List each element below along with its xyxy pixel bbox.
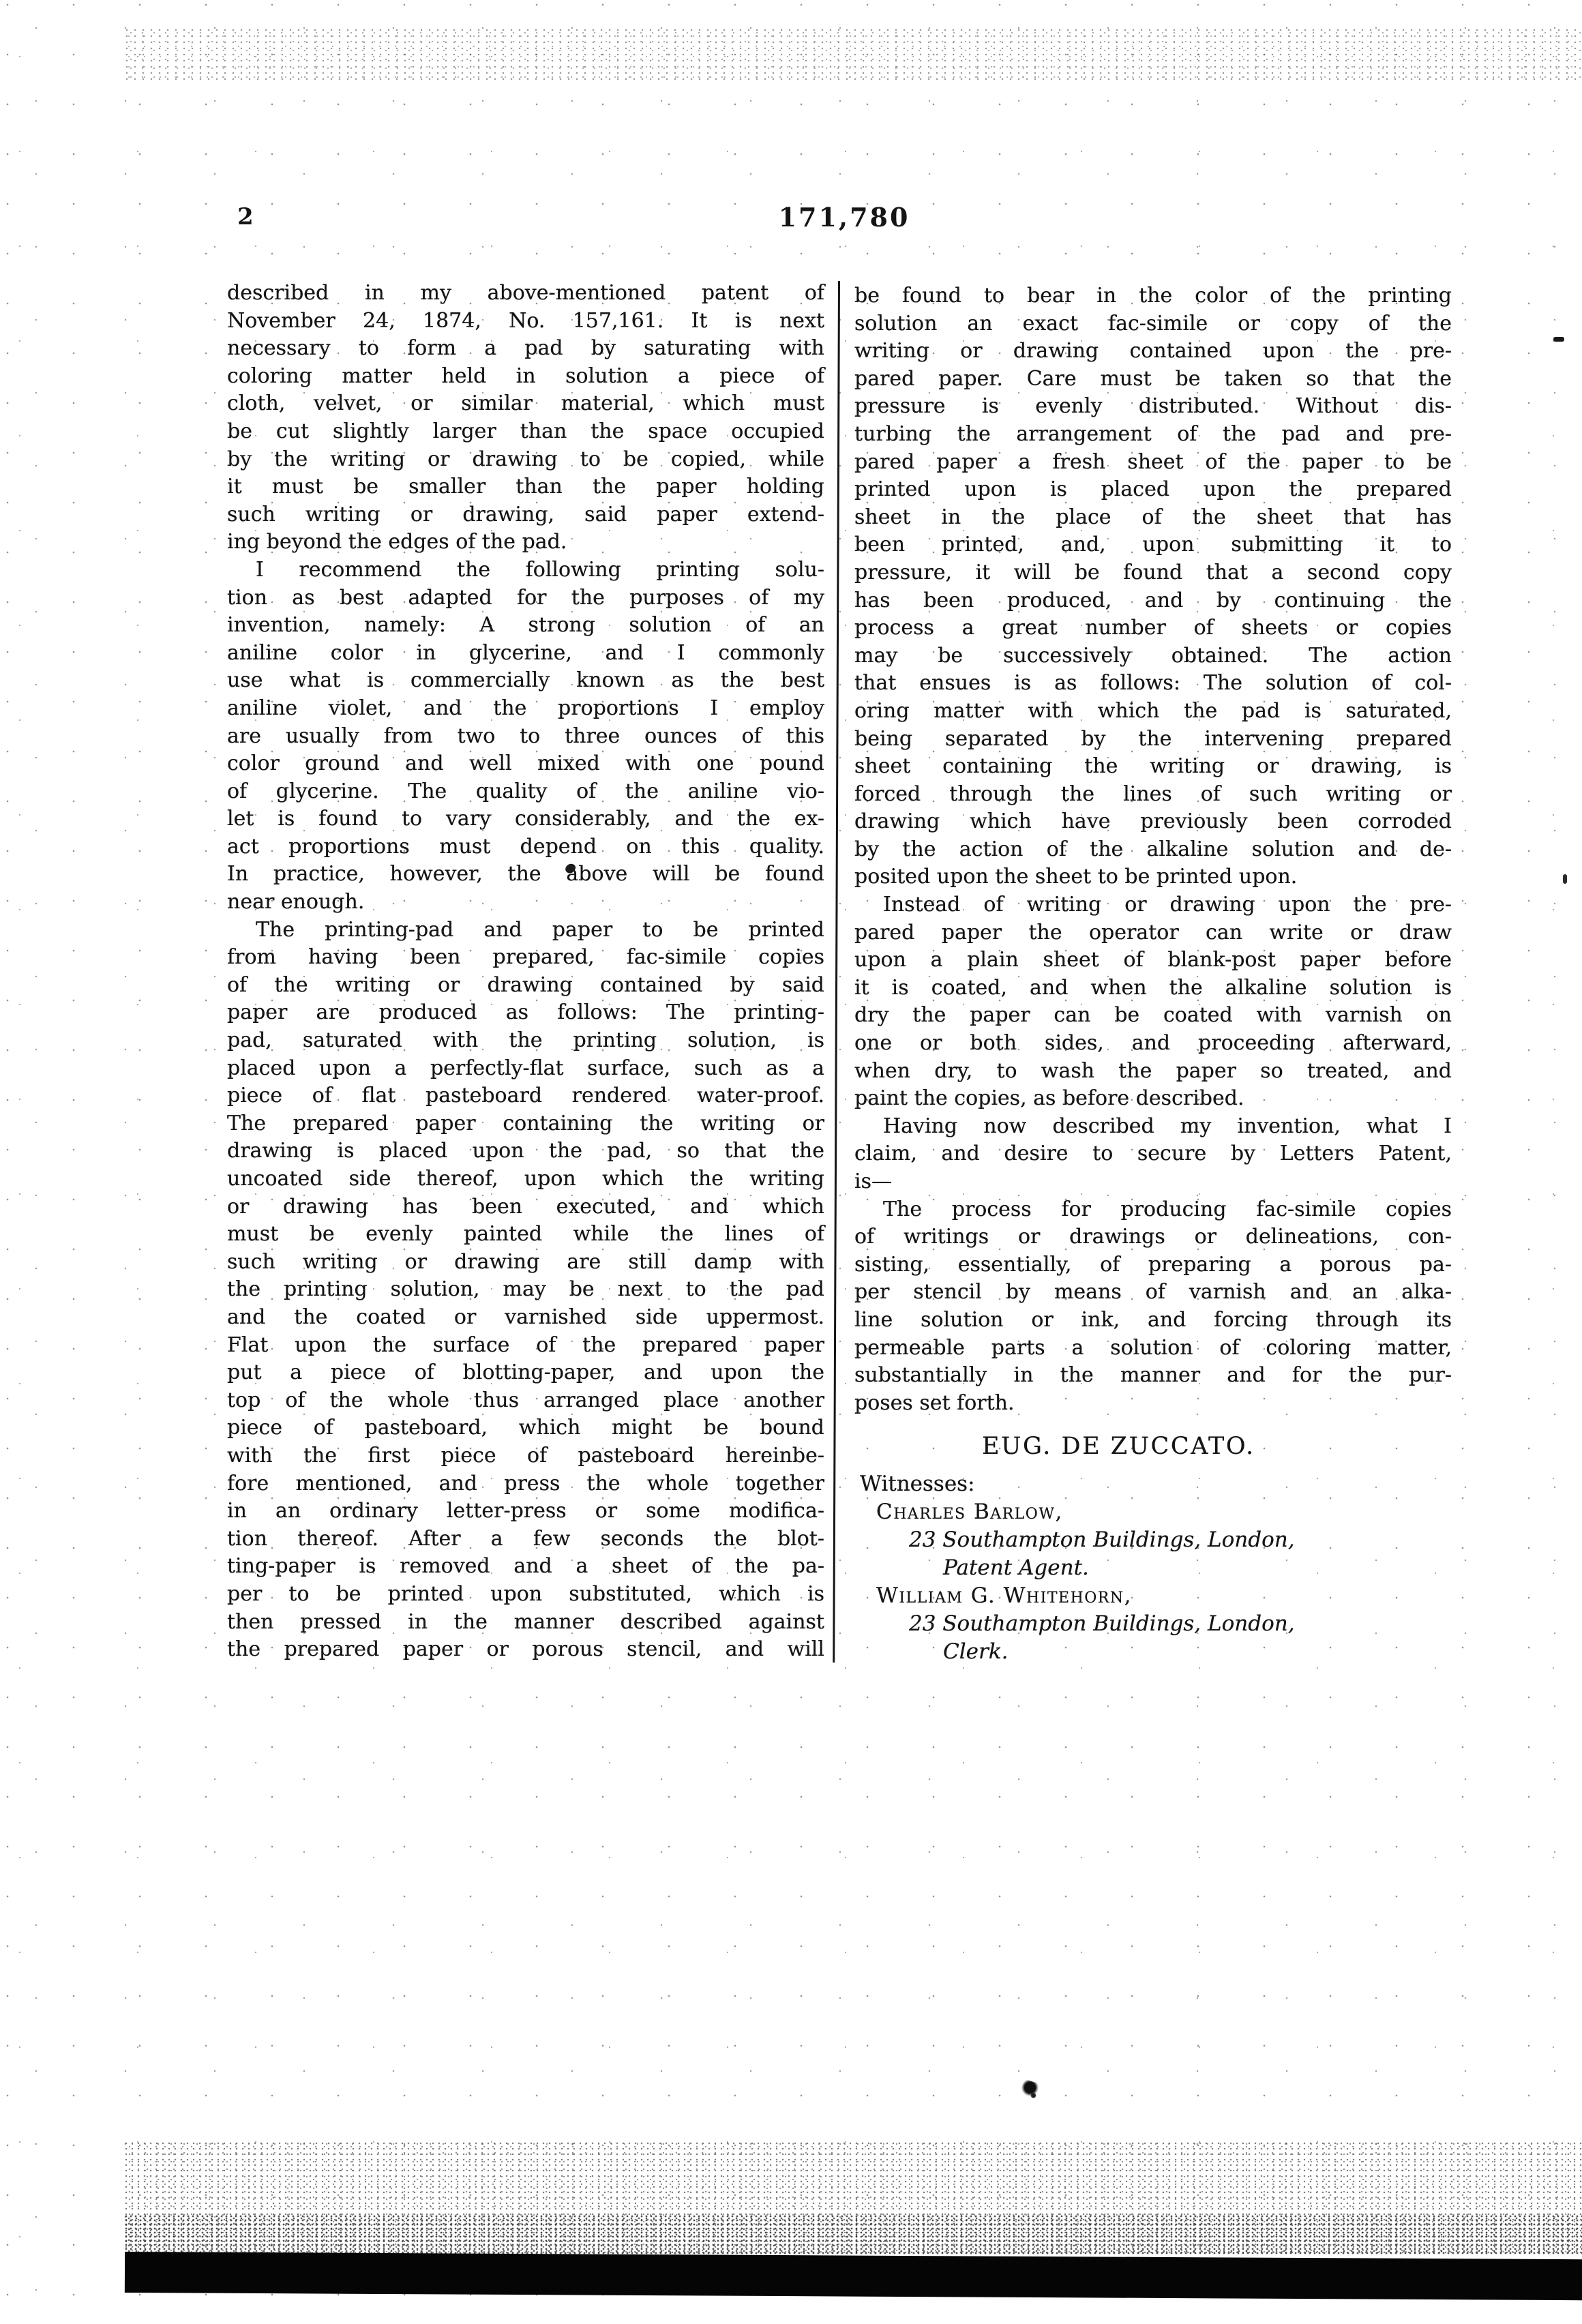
text-line: of glycerine. The quality of the aniline… xyxy=(227,778,824,806)
text-line: it is coated, and when the alkaline solu… xyxy=(854,974,1452,1002)
scan-speck xyxy=(1553,337,1564,342)
witness-name: William G. Whitehorn, xyxy=(854,1582,1452,1610)
text-line: from having been prepared, fac-simile co… xyxy=(227,944,824,972)
text-line: drawing is placed upon the pad, so that … xyxy=(227,1137,824,1165)
patent-number: 171,780 xyxy=(776,202,912,233)
text-line: ing beyond the edges of the pad. xyxy=(227,528,824,556)
text-line: of writings or drawings or delineations,… xyxy=(854,1223,1452,1251)
text-line: near enough. xyxy=(227,889,824,917)
text-line: The prepared paper containing the writin… xyxy=(227,1110,824,1138)
witnesses-list: Charles Barlow,23 Southampton Buildings,… xyxy=(854,1498,1452,1666)
text-line: are usually from two to three ounces of … xyxy=(227,723,824,751)
inventor-signature: EUG. DE ZUCCATO. xyxy=(854,1432,1452,1461)
paragraph: The printing-pad and paper to be printed… xyxy=(227,917,824,1664)
text-line: substantially in the manner and for the … xyxy=(854,1362,1452,1390)
text-line: In practice, however, the above will be … xyxy=(227,861,824,889)
text-line: solution an exact fac-simile or copy of … xyxy=(854,310,1452,338)
text-column-right: be found to bear in the color of the pri… xyxy=(854,282,1452,1666)
text-line: put a piece of blotting-paper, and upon … xyxy=(227,1359,824,1387)
text-line: necessary to form a pad by saturating wi… xyxy=(227,335,824,363)
scan-black-bar xyxy=(125,2252,1582,2300)
text-line: ting-paper is removed and a sheet of the… xyxy=(227,1553,824,1581)
text-line: pressure, it will be found that a second… xyxy=(854,559,1452,587)
text-line: pad, saturated with the printing solutio… xyxy=(227,1027,824,1055)
text-line: top of the whole thus arranged place ano… xyxy=(227,1387,824,1415)
scan-speck xyxy=(1563,874,1567,884)
text-line: by the writing or drawing to be copied, … xyxy=(227,446,824,474)
text-line: when dry, to wash the paper so treated, … xyxy=(854,1058,1452,1086)
patent-page-scan: 2 171,780 described in my above-mentione… xyxy=(0,0,1582,2324)
text-line: act proportions must depend on this qual… xyxy=(227,833,824,861)
text-line: November 24, 1874, No. 157,161. It is ne… xyxy=(227,308,824,336)
text-line: it must be smaller than the paper holdin… xyxy=(227,473,824,501)
text-line: aniline violet, and the proportions I em… xyxy=(227,695,824,723)
paragraph: described in my above-mentioned patent o… xyxy=(227,280,824,556)
text-line: cloth, velvet, or similar material, whic… xyxy=(227,390,824,418)
text-line: piece of flat pasteboard rendered water-… xyxy=(227,1082,824,1110)
text-line: The process for producing fac-simile cop… xyxy=(854,1196,1452,1224)
witness-name: Charles Barlow, xyxy=(854,1498,1452,1526)
text-line: upon a plain sheet of blank-post paper b… xyxy=(854,947,1452,974)
witness-role: Clerk. xyxy=(854,1638,1452,1666)
paragraph: I recommend the following printing solu-… xyxy=(227,556,824,917)
text-line: sisting, essentially, of preparing a por… xyxy=(854,1251,1452,1279)
paragraph: be found to bear in the color of the pri… xyxy=(854,282,1452,891)
text-line: in an ordinary letter-press or some modi… xyxy=(227,1498,824,1525)
text-line: paint the copies, as before described. xyxy=(854,1085,1452,1113)
scan-noise-band-top xyxy=(125,29,1582,80)
text-line: I recommend the following printing solu- xyxy=(227,556,824,584)
text-line: sheet in the place of the sheet that has xyxy=(854,504,1452,532)
scan-noise-band-bottom-dense xyxy=(125,2215,1582,2254)
paragraph: Instead of writing or drawing upon the p… xyxy=(854,891,1452,1113)
text-line: paper are produced as follows: The print… xyxy=(227,999,824,1027)
text-line: and the coated or varnished side uppermo… xyxy=(227,1304,824,1332)
text-line: pared paper. Care must be taken so that … xyxy=(854,366,1452,393)
text-line: process a great number of sheets or copi… xyxy=(854,614,1452,642)
text-line: use what is commercially known as the be… xyxy=(227,667,824,695)
text-line: that ensues is as follows: The solution … xyxy=(854,670,1452,698)
text-line: Flat upon the surface of the prepared pa… xyxy=(227,1332,824,1360)
ink-blot xyxy=(1019,2079,1041,2100)
text-line: placed upon a perfectly-flat surface, su… xyxy=(227,1055,824,1083)
text-line: then pressed in the manner described aga… xyxy=(227,1609,824,1637)
text-line: one or both sides, and proceeding afterw… xyxy=(854,1030,1452,1058)
witness-address: 23 Southampton Buildings, London, xyxy=(854,1610,1452,1638)
text-line: being separated by the intervening prepa… xyxy=(854,726,1452,754)
text-line: dry the paper can be coated with varnish… xyxy=(854,1002,1452,1030)
text-line: pared paper a fresh sheet of the paper t… xyxy=(854,449,1452,477)
text-line: or drawing has been executed, and which xyxy=(227,1193,824,1221)
text-line: coloring matter held in solution a piece… xyxy=(227,363,824,391)
text-line: aniline color in glycerine, and I common… xyxy=(227,640,824,668)
witness-address: 23 Southampton Buildings, London, xyxy=(854,1526,1452,1554)
text-line: per stencil by means of varnish and an a… xyxy=(854,1279,1452,1307)
text-line: described in my above-mentioned patent o… xyxy=(227,280,824,308)
text-line: per to be printed upon substituted, whic… xyxy=(227,1581,824,1609)
text-line: such writing or drawing, said paper exte… xyxy=(227,501,824,529)
witnesses-label: Witnesses: xyxy=(854,1470,1452,1498)
text-line: been printed, and, upon submitting it to xyxy=(854,531,1452,559)
text-line: the prepared paper or porous stencil, an… xyxy=(227,1636,824,1664)
text-line: of the writing or drawing contained by s… xyxy=(227,972,824,1000)
text-line: let is found to vary considerably, and t… xyxy=(227,805,824,833)
text-line: such writing or drawing are still damp w… xyxy=(227,1249,824,1277)
text-line: be cut slightly larger than the space oc… xyxy=(227,418,824,446)
text-line: poses set forth. xyxy=(854,1390,1452,1418)
text-line: pared paper the operator can write or dr… xyxy=(854,919,1452,947)
text-line: color ground and well mixed with one pou… xyxy=(227,750,824,778)
text-line: sheet containing the writing or drawing,… xyxy=(854,753,1452,781)
text-line: claim, and desire to secure by Letters P… xyxy=(854,1140,1452,1168)
paragraph: The process for producing fac-simile cop… xyxy=(854,1196,1452,1418)
text-line: may be successively obtained. The action xyxy=(854,642,1452,670)
text-line: by the action of the alkaline solution a… xyxy=(854,836,1452,864)
text-line: Instead of writing or drawing upon the p… xyxy=(854,891,1452,919)
text-line: The printing-pad and paper to be printed xyxy=(227,917,824,944)
text-line: permeable parts a solution of coloring m… xyxy=(854,1335,1452,1362)
text-line: the printing solution, may be next to th… xyxy=(227,1276,824,1304)
text-line: uncoated side thereof, upon which the wr… xyxy=(227,1165,824,1193)
text-line: with the first piece of pasteboard herei… xyxy=(227,1442,824,1470)
text-line: Having now described my invention, what … xyxy=(854,1113,1452,1141)
text-line: turbing the arrangement of the pad and p… xyxy=(854,421,1452,449)
column-divider-rule xyxy=(833,281,840,1663)
text-line: tion thereof. After a few seconds the bl… xyxy=(227,1525,824,1553)
text-line: fore mentioned, and press the whole toge… xyxy=(227,1470,824,1498)
text-line: be found to bear in the color of the pri… xyxy=(854,282,1452,310)
text-line: writing or drawing contained upon the pr… xyxy=(854,338,1452,366)
text-line: posited upon the sheet to be printed upo… xyxy=(854,863,1452,891)
text-line: has been produced, and by continuing the xyxy=(854,587,1452,615)
paragraph: Having now described my invention, what … xyxy=(854,1113,1452,1196)
text-line: tion as best adapted for the purposes of… xyxy=(227,584,824,612)
text-line: drawing which have previously been corro… xyxy=(854,808,1452,836)
text-line: printed upon is placed upon the prepared xyxy=(854,476,1452,504)
text-line: pressure is evenly distributed. Without … xyxy=(854,393,1452,421)
text-column-left: described in my above-mentioned patent o… xyxy=(227,280,824,1664)
page-number: 2 xyxy=(237,203,254,230)
witness-role: Patent Agent. xyxy=(854,1554,1452,1582)
text-line: line solution or ink, and forcing throug… xyxy=(854,1307,1452,1335)
text-line: must be evenly painted while the lines o… xyxy=(227,1221,824,1249)
text-line: is— xyxy=(854,1168,1452,1196)
text-line: piece of pasteboard, which might be boun… xyxy=(227,1414,824,1442)
text-line: invention, namely: A strong solution of … xyxy=(227,612,824,640)
text-line: forced through the lines of such writing… xyxy=(854,781,1452,809)
text-line: oring matter with which the pad is satur… xyxy=(854,698,1452,726)
